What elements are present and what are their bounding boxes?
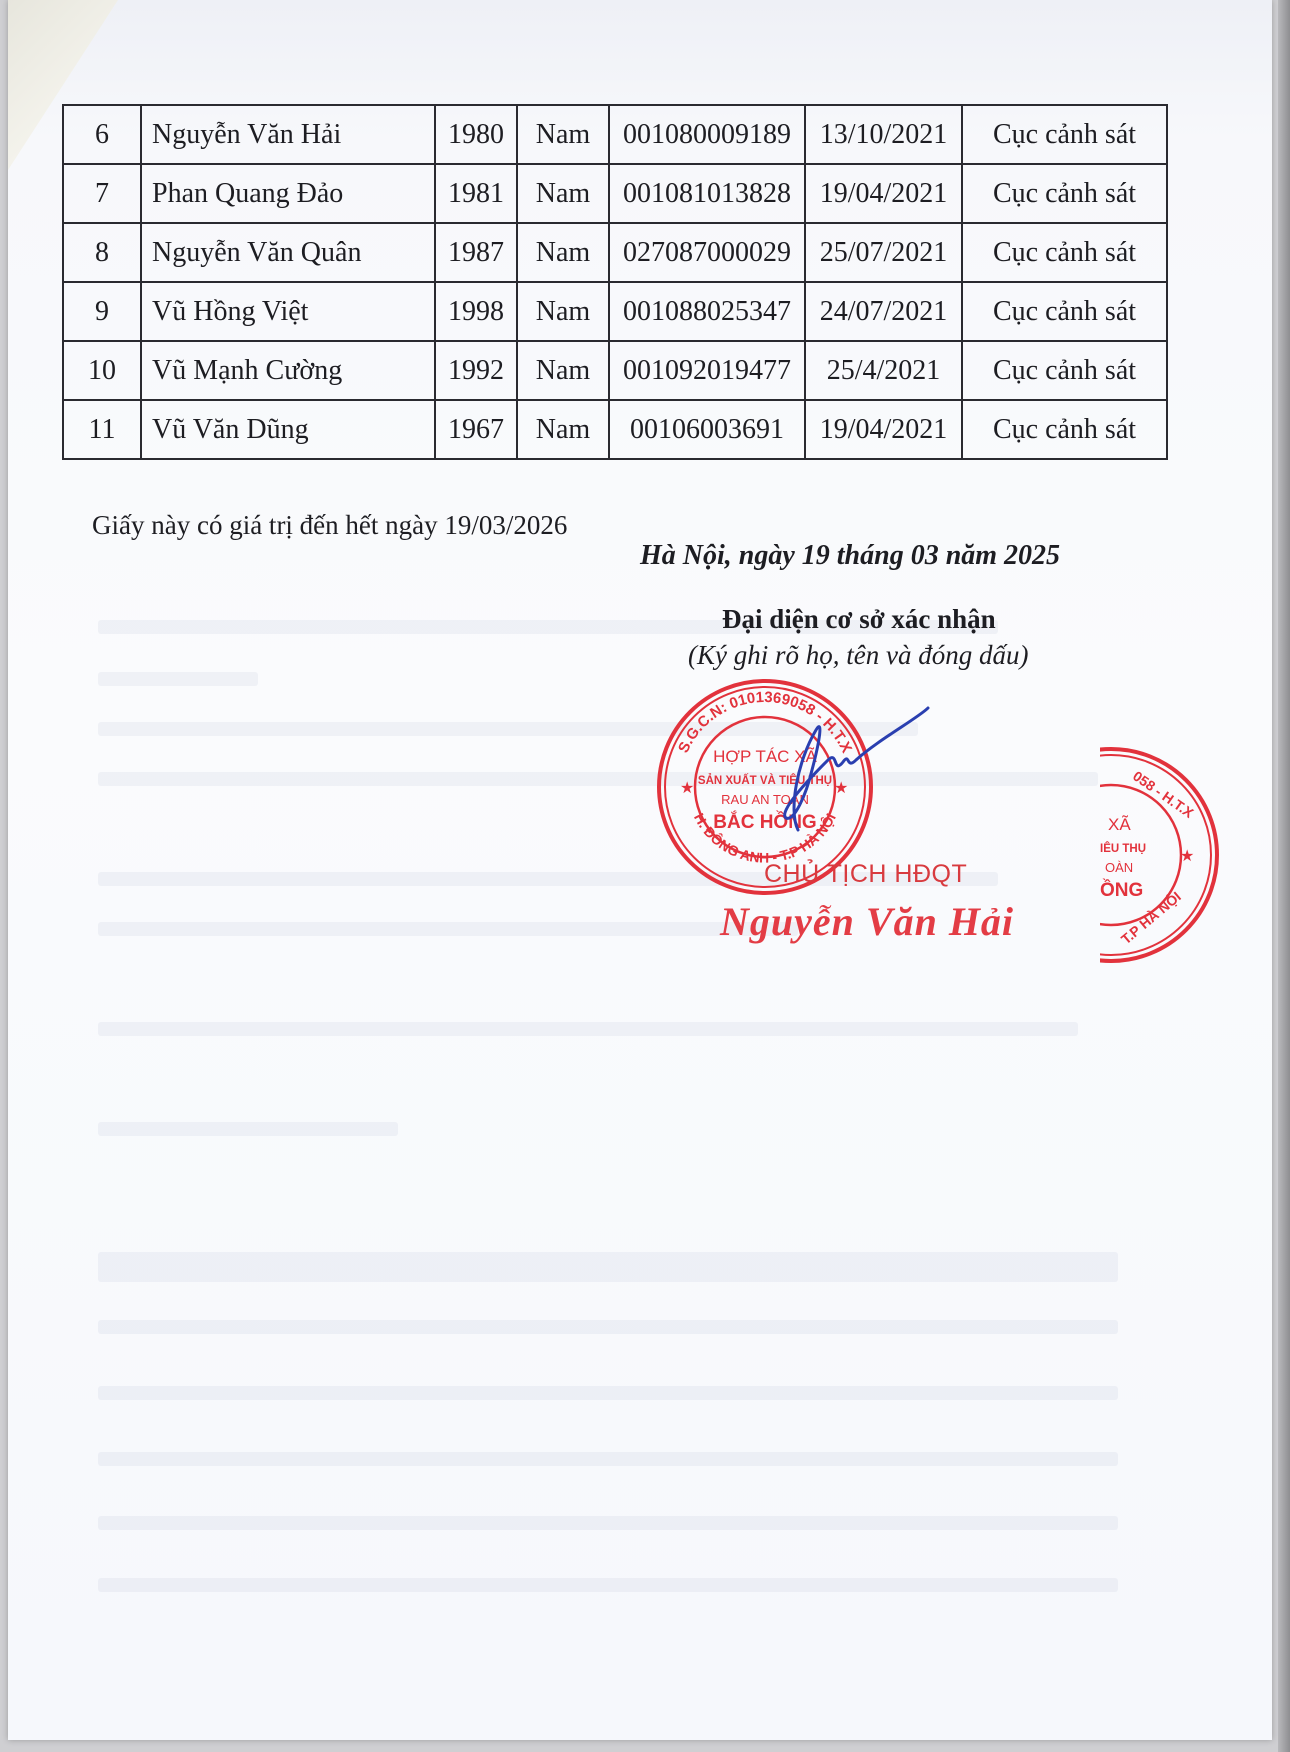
cell-full-name: Nguyễn Văn Quân <box>141 223 435 282</box>
cell-row-number: 8 <box>63 223 141 282</box>
bleed-through-table <box>98 1452 1118 1466</box>
cell-id-number: 001092019477 <box>609 341 805 400</box>
table-row: 8Nguyễn Văn Quân1987Nam02708700002925/07… <box>63 223 1167 282</box>
cell-gender: Nam <box>517 164 609 223</box>
cell-issue-date: 13/10/2021 <box>805 105 962 164</box>
place-date: Hà Nội, ngày 19 tháng 03 năm 2025 <box>640 540 1060 572</box>
bleed-through-text <box>98 922 798 936</box>
svg-text:IÊU THỤ: IÊU THỤ <box>1100 842 1146 855</box>
svg-text:ỒNG: ỒNG <box>1100 879 1143 901</box>
cell-issued-by: Cục cảnh sát <box>962 400 1167 459</box>
representative-title: Đại diện cơ sở xác nhận <box>722 604 996 635</box>
cell-issue-date: 25/4/2021 <box>805 341 962 400</box>
svg-text:OÀN: OÀN <box>1105 860 1133 875</box>
cell-birth-year: 1981 <box>435 164 517 223</box>
people-table: 6Nguyễn Văn Hải1980Nam00108000918913/10/… <box>62 104 1168 460</box>
cell-full-name: Vũ Hồng Việt <box>141 282 435 341</box>
table-row: 10Vũ Mạnh Cường1992Nam00109201947725/4/2… <box>63 341 1167 400</box>
bleed-through-table <box>98 1578 1118 1592</box>
partial-stamp-right: 058 - H.T.X ★ XÃ IÊU THỤ OÀN ỒNG T.P HÀ … <box>1100 744 1220 964</box>
cell-birth-year: 1992 <box>435 341 517 400</box>
cell-row-number: 10 <box>63 341 141 400</box>
star-icon: ★ <box>680 778 694 797</box>
table-row: 11Vũ Văn Dũng1967Nam0010600369119/04/202… <box>63 400 1167 459</box>
svg-text:058 - H.T.X: 058 - H.T.X <box>1130 768 1197 822</box>
cell-issued-by: Cục cảnh sát <box>962 164 1167 223</box>
handwritten-signature <box>728 700 948 845</box>
cell-issued-by: Cục cảnh sát <box>962 341 1167 400</box>
table-row: 9Vũ Hồng Việt1998Nam00108802534724/07/20… <box>63 282 1167 341</box>
table-row: 6Nguyễn Văn Hải1980Nam00108000918913/10/… <box>63 105 1167 164</box>
table-row: 7Phan Quang Đảo1981Nam00108101382819/04/… <box>63 164 1167 223</box>
svg-text:XÃ: XÃ <box>1108 815 1131 834</box>
cell-gender: Nam <box>517 400 609 459</box>
cell-full-name: Phan Quang Đảo <box>141 164 435 223</box>
cell-row-number: 7 <box>63 164 141 223</box>
cell-issue-date: 25/07/2021 <box>805 223 962 282</box>
cell-row-number: 9 <box>63 282 141 341</box>
cell-row-number: 11 <box>63 400 141 459</box>
cell-row-number: 6 <box>63 105 141 164</box>
cell-issue-date: 19/04/2021 <box>805 400 962 459</box>
svg-text:★: ★ <box>1180 846 1194 865</box>
cell-issue-date: 24/07/2021 <box>805 282 962 341</box>
cell-id-number: 027087000029 <box>609 223 805 282</box>
bleed-through-table <box>98 1386 1118 1400</box>
bleed-through-table <box>98 1320 1118 1334</box>
cell-id-number: 00106003691 <box>609 400 805 459</box>
cell-gender: Nam <box>517 341 609 400</box>
signer-title: CHỦ TỊCH HĐQT <box>764 860 967 889</box>
bleed-through-text <box>98 672 258 686</box>
bleed-through-text <box>98 1022 1078 1036</box>
bleed-through-table <box>98 1516 1118 1530</box>
cell-issue-date: 19/04/2021 <box>805 164 962 223</box>
cell-birth-year: 1998 <box>435 282 517 341</box>
cell-full-name: Nguyễn Văn Hải <box>141 105 435 164</box>
cell-issued-by: Cục cảnh sát <box>962 223 1167 282</box>
cell-issued-by: Cục cảnh sát <box>962 105 1167 164</box>
bleed-through-text <box>98 1122 398 1136</box>
cell-gender: Nam <box>517 282 609 341</box>
cell-full-name: Vũ Mạnh Cường <box>141 341 435 400</box>
cell-full-name: Vũ Văn Dũng <box>141 400 435 459</box>
cell-issued-by: Cục cảnh sát <box>962 282 1167 341</box>
cell-birth-year: 1987 <box>435 223 517 282</box>
representative-note: (Ký ghi rõ họ, tên và đóng dấu) <box>688 640 1028 671</box>
cell-birth-year: 1980 <box>435 105 517 164</box>
bleed-through-text <box>98 772 1098 786</box>
validity-note: Giấy này có giá trị đến hết ngày 19/03/2… <box>92 510 567 541</box>
signer-name: Nguyễn Văn Hải <box>720 898 1014 945</box>
cell-gender: Nam <box>517 223 609 282</box>
cell-id-number: 001080009189 <box>609 105 805 164</box>
scanned-page: 6Nguyễn Văn Hải1980Nam00108000918913/10/… <box>8 0 1272 1740</box>
cell-id-number: 001088025347 <box>609 282 805 341</box>
bleed-through-table <box>98 1252 1118 1282</box>
cell-gender: Nam <box>517 105 609 164</box>
cell-birth-year: 1967 <box>435 400 517 459</box>
page-edge-shadow <box>1278 0 1290 1752</box>
cell-id-number: 001081013828 <box>609 164 805 223</box>
